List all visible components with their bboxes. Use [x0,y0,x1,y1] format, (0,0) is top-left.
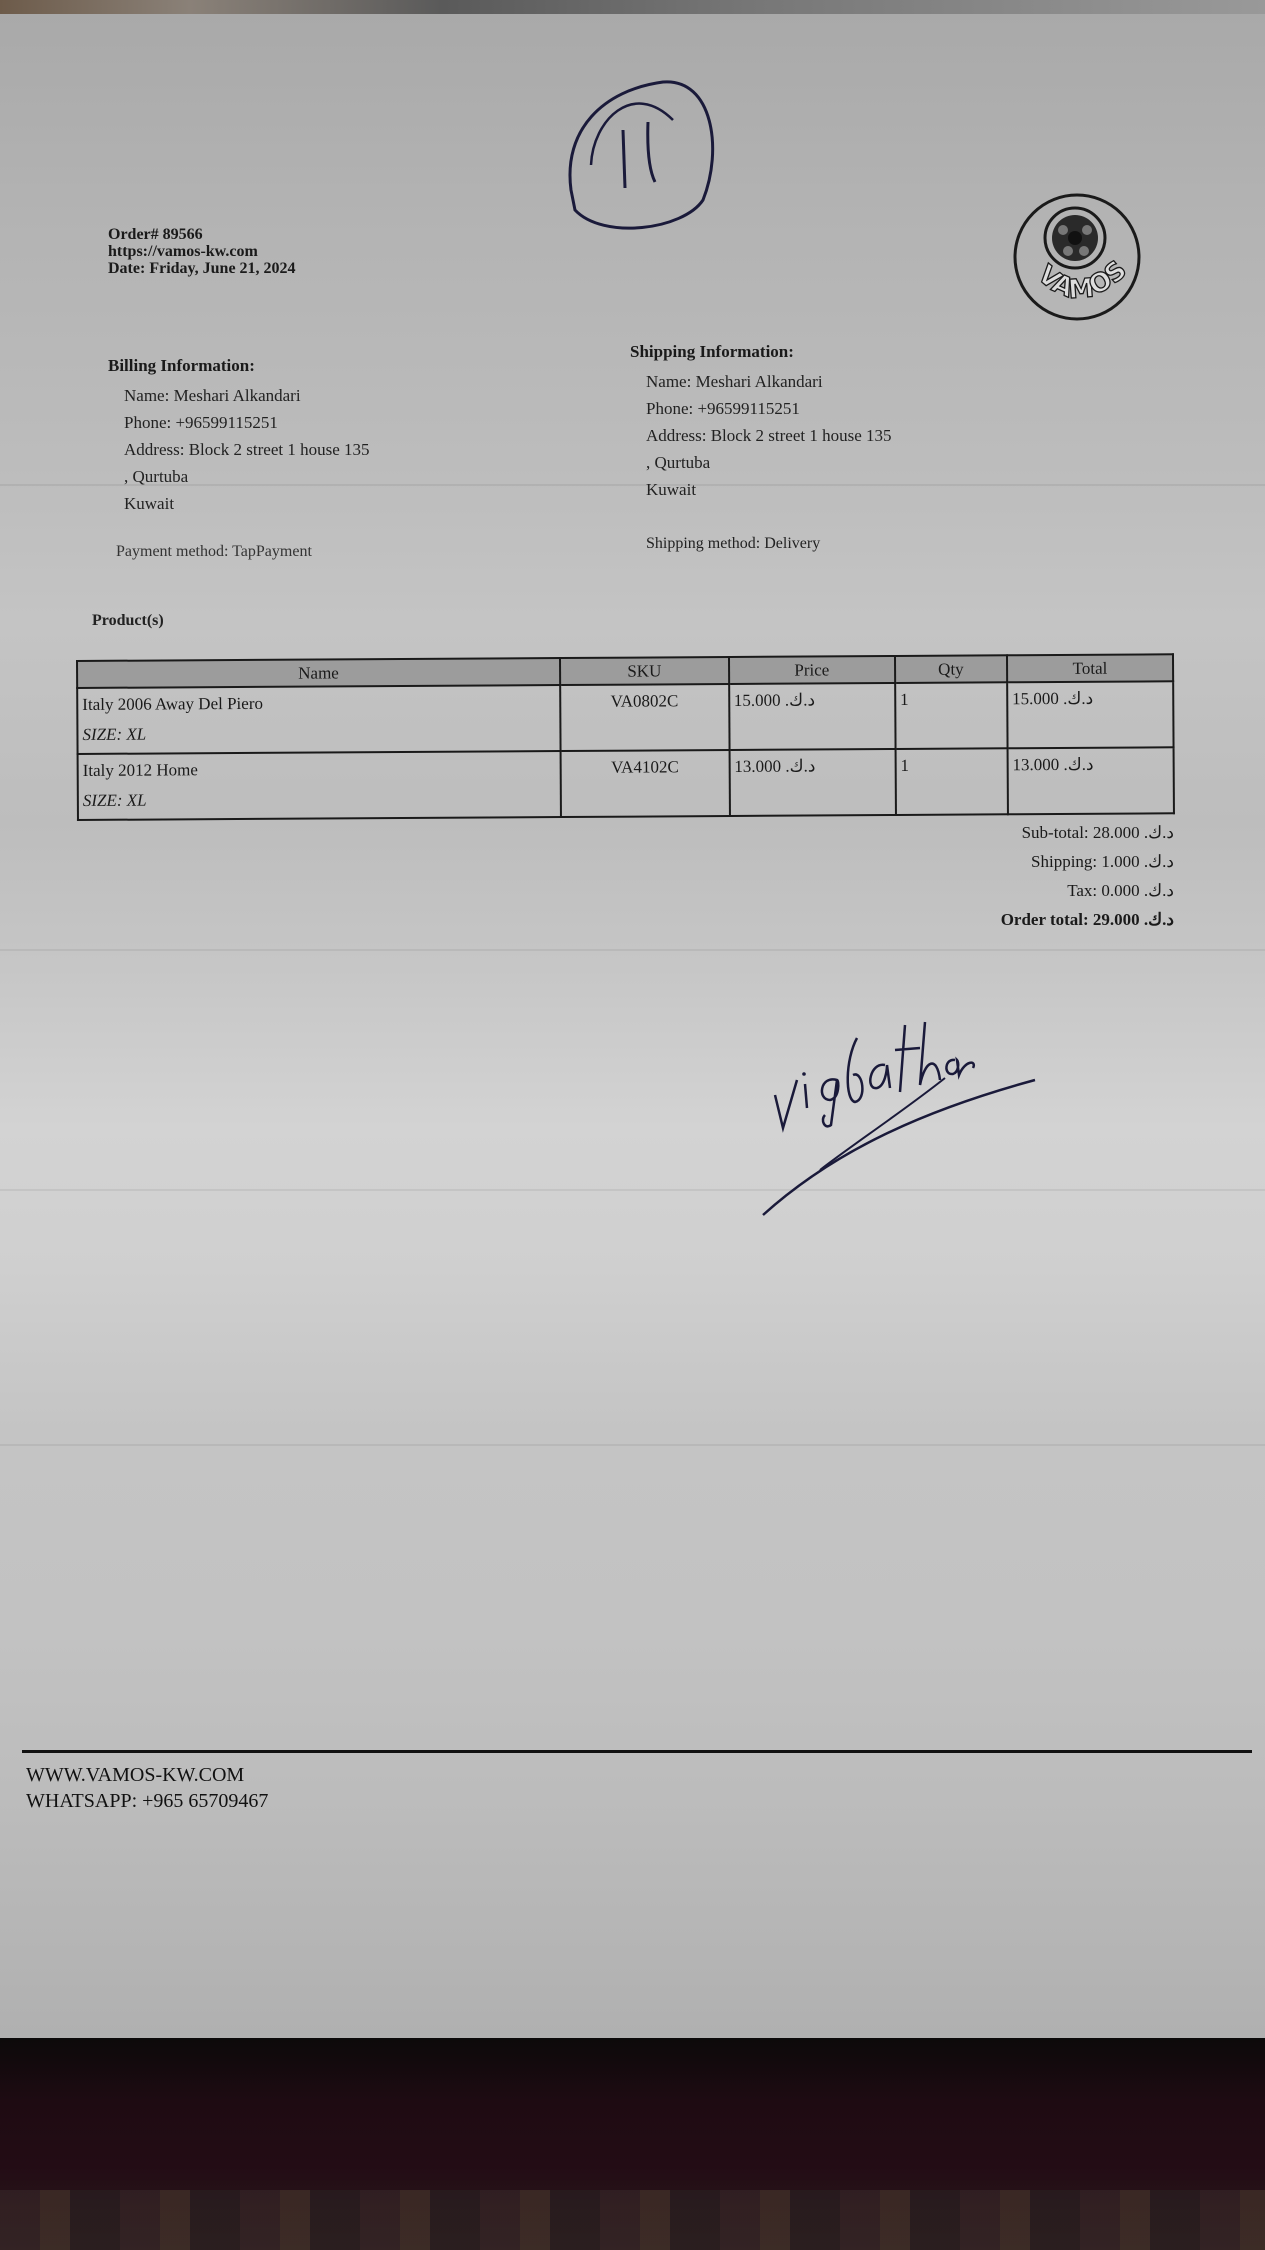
photo-background-carpet [0,2038,1265,2250]
svg-text:VAMOS: VAMOS [1032,255,1133,305]
shipping-information: Shipping Information: Name: Meshari Alka… [630,342,892,503]
item-name-cell: Italy 2006 Away Del Piero SIZE: XL [77,685,560,754]
tax: Tax: 0.000 .د.ك [880,876,1174,905]
billing-address-city: , Qurtuba [108,463,370,490]
column-header-price: Price [729,656,895,684]
carpet-pattern [0,2190,1265,2250]
item-sku: VA4102C [560,750,729,817]
column-header-total: Total [1007,654,1173,682]
footer-website[interactable]: WWW.VAMOS-KW.COM [26,1762,268,1788]
order-header: Order# 89566 https://vamos-kw.com Date: … [108,226,296,277]
item-price: 13.000 .د.ك [729,749,896,816]
payment-method: Payment method: TapPayment [116,543,312,561]
footer: WWW.VAMOS-KW.COM WHATSAPP: +965 65709467 [26,1762,268,1814]
order-website[interactable]: https://vamos-kw.com [108,243,296,260]
table-row: Italy 2006 Away Del Piero SIZE: XL VA080… [77,681,1173,754]
products-table: Name SKU Price Qty Total Italy 2006 Away… [76,653,1175,821]
paper-fold [0,1189,1265,1191]
billing-country: Kuwait [108,490,370,517]
billing-address: Address: Block 2 street 1 house 135 [108,436,370,463]
paper-fold [0,949,1265,951]
billing-information: Billing Information: Name: Meshari Alkan… [108,356,370,517]
shipping-method: Shipping method: Delivery [646,535,820,553]
shipping-cost: Shipping: 1.000 .د.ك [880,847,1174,876]
footer-whatsapp: WHATSAPP: +965 65709467 [26,1788,268,1814]
item-name: Italy 2006 Away Del Piero [82,692,555,715]
subtotal: Sub-total: 28.000 .د.ك [880,818,1174,847]
order-total: Order total: 29.000 .د.ك [880,905,1174,934]
shipping-country: Kuwait [630,476,892,503]
table-row: Italy 2012 Home SIZE: XL VA4102C 13.000 … [78,747,1174,820]
billing-name: Name: Meshari Alkandari [108,382,370,409]
order-totals: Sub-total: 28.000 .د.ك Shipping: 1.000 .… [880,818,1174,934]
item-name: Italy 2012 Home [83,758,556,781]
shipping-name: Name: Meshari Alkandari [630,368,892,395]
item-price: 15.000 .د.ك [729,683,896,750]
vamos-logo: VAMOS [1010,190,1145,325]
shipping-title: Shipping Information: [630,342,892,362]
billing-title: Billing Information: [108,356,370,376]
handwritten-signature [745,1020,1045,1240]
column-header-name: Name [77,658,560,688]
soccer-ball-icon [1052,215,1098,261]
item-total: 15.000 .د.ك [1007,681,1174,748]
shipping-address: Address: Block 2 street 1 house 135 [630,422,892,449]
handwritten-circled-number [563,70,723,240]
item-name-cell: Italy 2012 Home SIZE: XL [78,751,561,820]
column-header-sku: SKU [560,657,729,685]
item-size: SIZE: XL [82,722,555,745]
billing-phone: Phone: +96599115251 [108,409,370,436]
order-date: Date: Friday, June 21, 2024 [108,260,296,277]
products-heading: Product(s) [92,612,164,630]
item-sku: VA0802C [560,684,729,751]
item-qty: 1 [895,748,1007,815]
order-number: Order# 89566 [108,226,296,243]
shipping-phone: Phone: +96599115251 [630,395,892,422]
column-header-qty: Qty [895,655,1007,683]
shipping-address-city: , Qurtuba [630,449,892,476]
item-qty: 1 [895,682,1007,749]
paper-fold [0,1444,1265,1446]
item-total: 13.000 .د.ك [1007,747,1174,814]
item-size: SIZE: XL [83,788,556,811]
footer-divider [22,1750,1252,1753]
